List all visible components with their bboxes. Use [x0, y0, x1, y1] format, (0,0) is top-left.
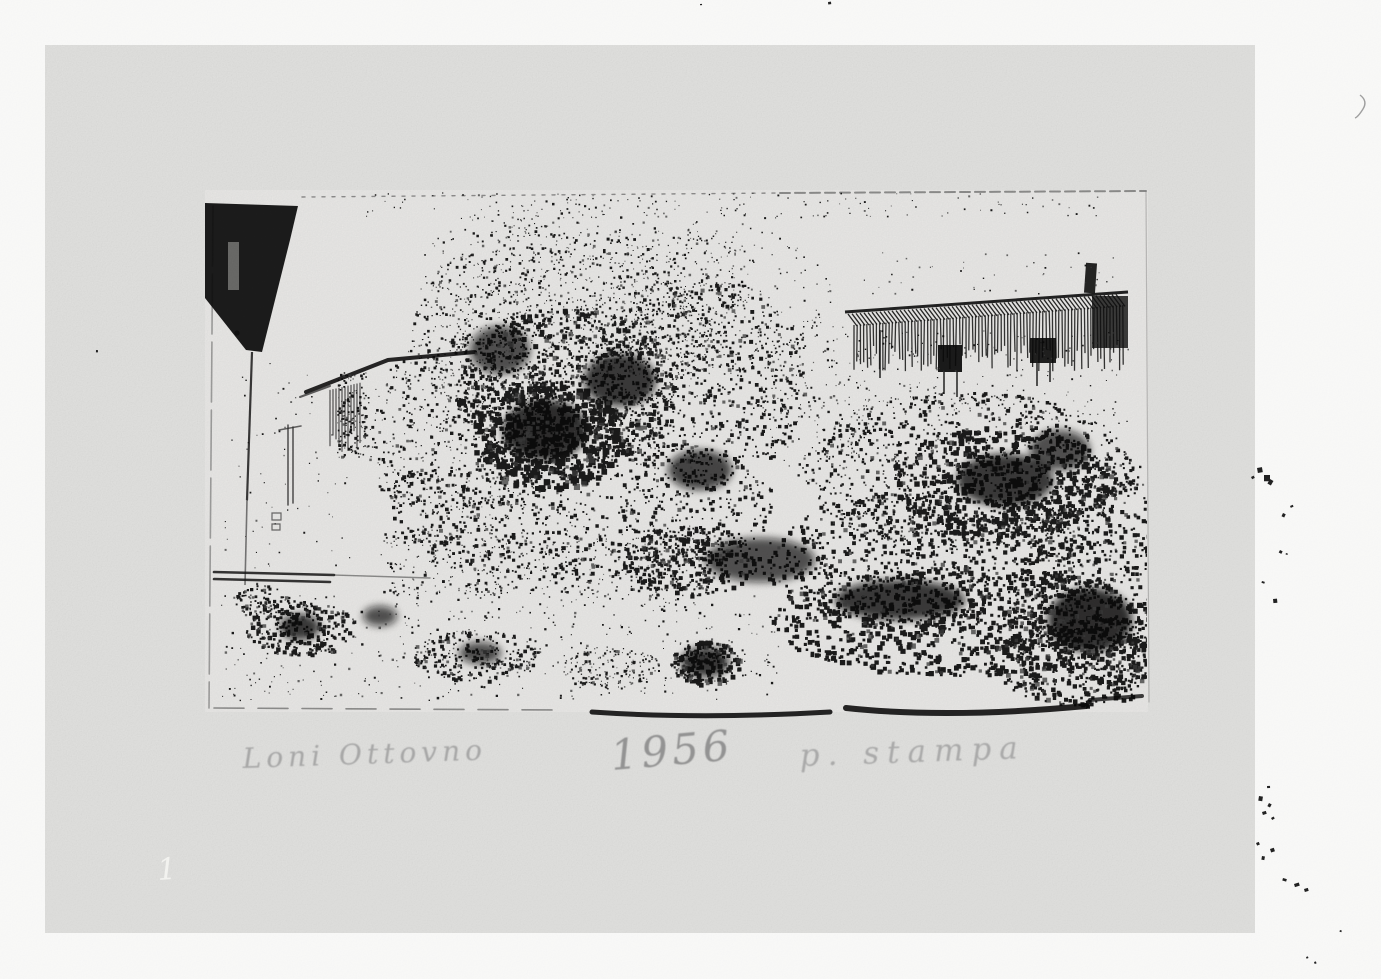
margin-number-mark: 1	[156, 852, 177, 888]
ink-speck	[1258, 796, 1263, 801]
scan-grain	[0, 0, 1381, 979]
ink-speck	[700, 4, 702, 5]
ink-speck	[1267, 786, 1270, 788]
ink-speck	[1273, 599, 1277, 604]
ink-speck	[828, 2, 831, 5]
etching-scene: Loni Ottovno 1956 p. stampa 1	[0, 0, 1381, 979]
ink-speck	[1257, 467, 1263, 473]
ink-speck	[1264, 475, 1270, 481]
ink-speck	[1261, 856, 1265, 860]
scan-background: Loni Ottovno 1956 p. stampa 1	[0, 0, 1381, 979]
ink-speck	[96, 350, 98, 352]
